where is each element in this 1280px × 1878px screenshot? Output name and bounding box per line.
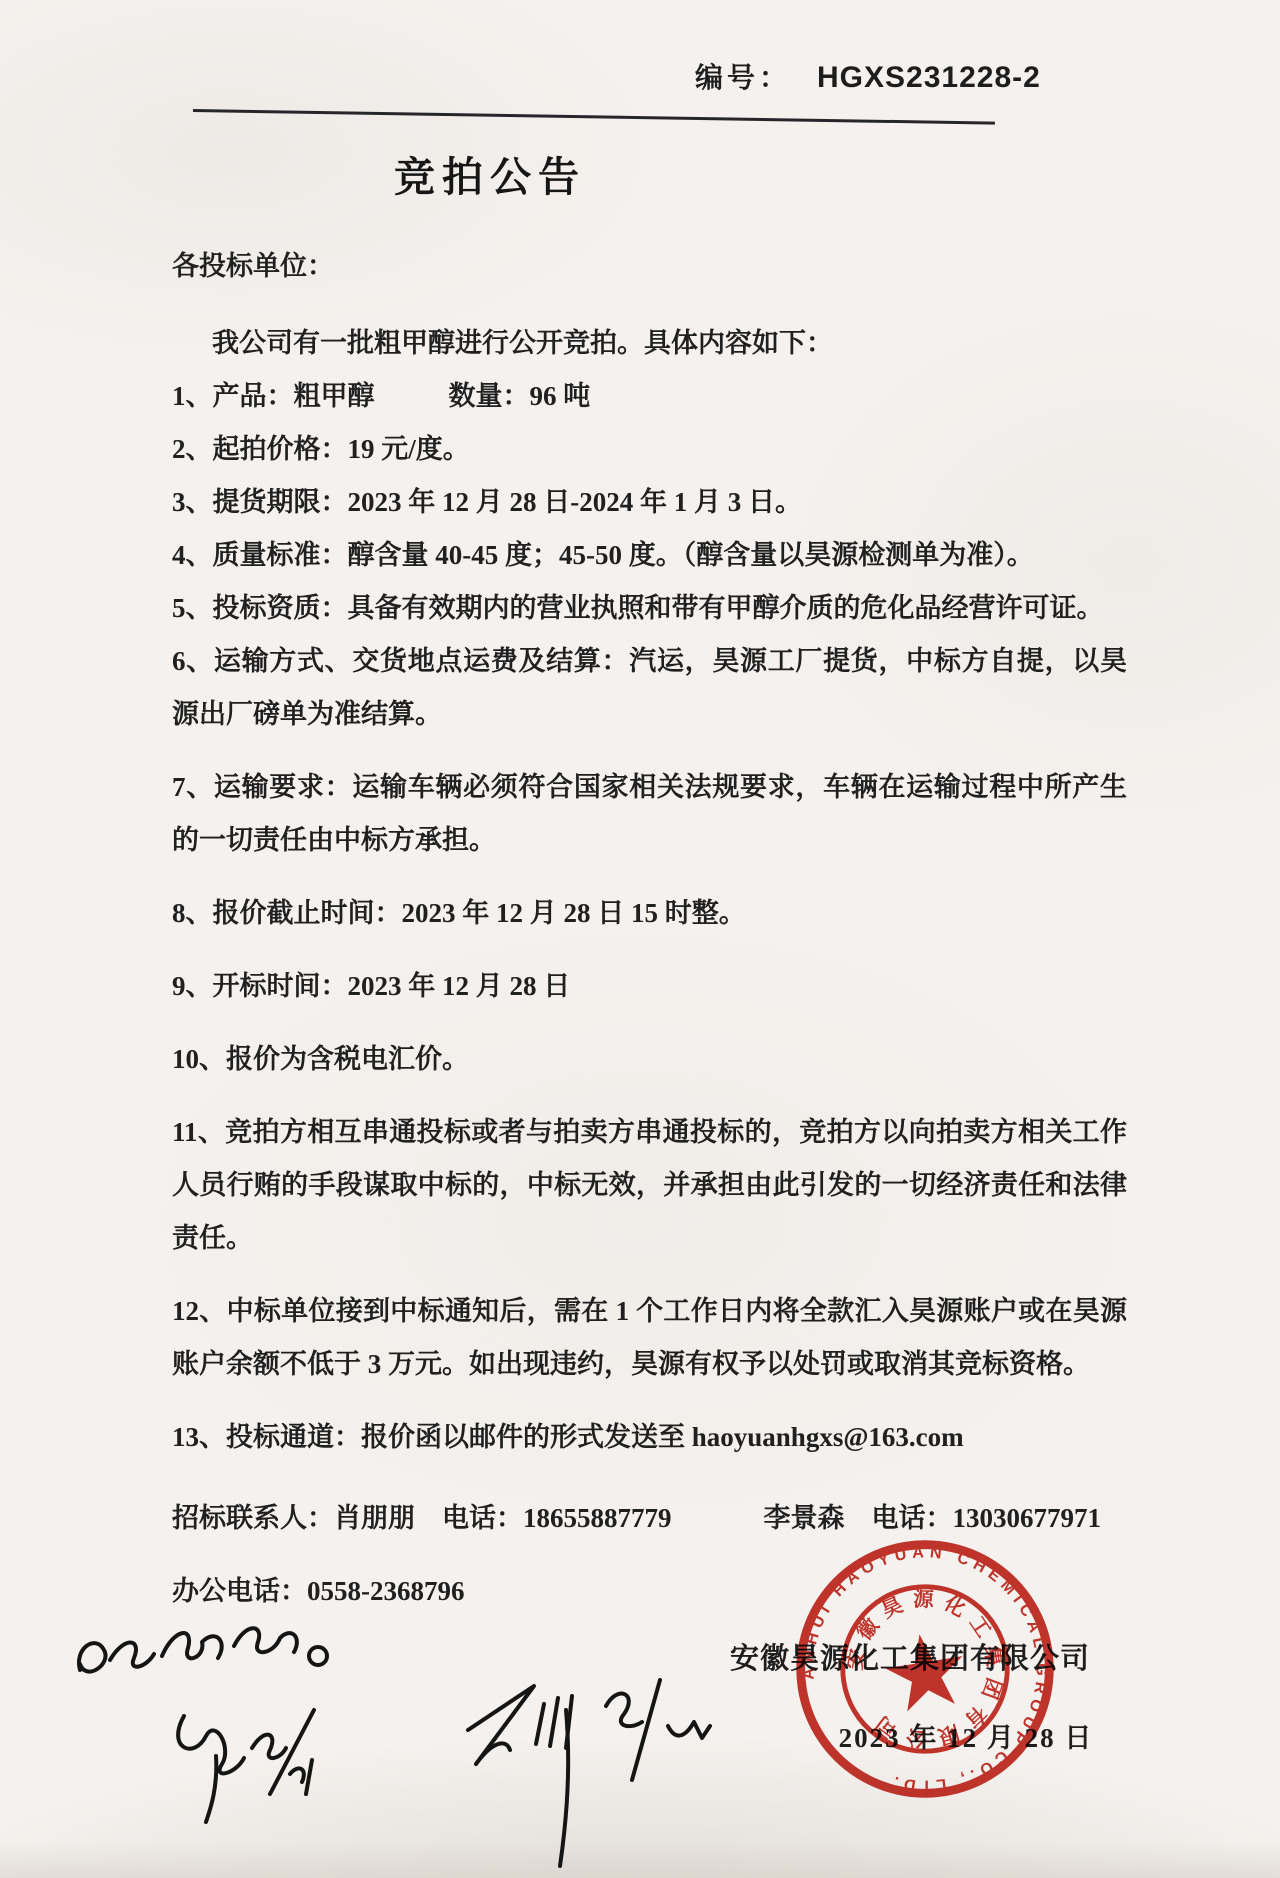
announcement-item: 5、投标资质：具备有效期内的营业执照和带有甲醇介质的危化品经营许可证。: [172, 582, 1127, 635]
handwritten-signature: [450, 1668, 715, 1873]
announcement-items: 1、产品：粗甲醇数量：96 吨2、起拍价格：19 元/度。3、提货期限：2023…: [172, 370, 1127, 1464]
document-number-label: 编号：: [695, 56, 791, 96]
handwritten-approval-note: [66, 1598, 396, 1828]
announcement-item: 1、产品：粗甲醇数量：96 吨: [172, 370, 1127, 423]
announcement-item: 11、竞拍方相互串通投标或者与拍卖方串通投标的，竞拍方以向拍卖方相关工作人员行贿…: [172, 1106, 1127, 1265]
document-number-value: HGXS231228-2: [817, 61, 1041, 95]
announcement-item: 7、运输要求：运输车辆必须符合国家相关法规要求，车辆在运输过程中所产生的一切责任…: [172, 761, 1127, 867]
announcement-item: 2、起拍价格：19 元/度。: [172, 423, 1127, 476]
announcement-item: 8、报价截止时间：2023 年 12 月 28 日 15 时整。: [172, 887, 1127, 940]
contact-left: 招标联系人：肖朋朋 电话：18655887779: [172, 1492, 672, 1545]
intro-paragraph: 我公司有一批粗甲醇进行公开竞拍。具体内容如下：: [172, 317, 1127, 370]
header-underline: [193, 109, 995, 125]
announcement-item: 3、提货期限：2023 年 12 月 28 日-2024 年 1 月 3 日。: [172, 476, 1127, 529]
document-number: 编号： HGXS231228-2: [695, 56, 1041, 96]
announcement-item: 6、运输方式、交货地点运费及结算：汽运，昊源工厂提货，中标方自提，以昊源出厂磅单…: [172, 635, 1127, 741]
announcement-item: 10、报价为含税电汇价。: [172, 1033, 1127, 1086]
announcement-item: 13、投标通道：报价函以邮件的形式发送至 haoyuanhgxs@163.com: [172, 1411, 1127, 1464]
announcement-body: 各投标单位： 我公司有一批粗甲醇进行公开竞拍。具体内容如下： 1、产品：粗甲醇数…: [172, 240, 1127, 1618]
salutation: 各投标单位：: [172, 240, 1127, 293]
seal-star-icon: [881, 1628, 970, 1714]
announcement-item: 12、中标单位接到中标通知后，需在 1 个工作日内将全款汇入昊源账户或在昊源账户…: [172, 1285, 1127, 1391]
company-seal-stamp: ANHUI HAOYUAN CHEMICAL GROUP CO., LTD. 安…: [768, 1512, 1081, 1825]
page-title: 竞拍公告: [0, 144, 980, 203]
announcement-item: 9、开标时间：2023 年 12 月 28 日: [172, 960, 1127, 1013]
announcement-item: 4、质量标准：醇含量 40-45 度；45-50 度。（醇含量以昊源检测单为准）…: [172, 529, 1127, 582]
